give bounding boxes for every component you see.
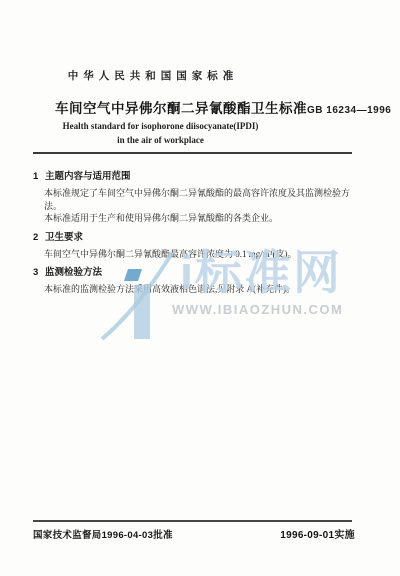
document-page: 中华人民共和国国家标准 车间空气中异佛尔酮二异氰酸酯卫生标准 GB 16234—… [0,0,400,576]
document-title-cn: 车间空气中异佛尔酮二异氰酸酯卫生标准 [55,97,307,117]
national-standard-label: 中华人民共和国国家标准 [33,68,273,83]
section-paragraph: 本标准规定了车间空气中异佛尔酮二异氰酸酯的最高容许浓度及其监测检验方法。 [33,187,352,212]
section-health-requirements: 2卫生要求 车间空气中异佛尔酮二异氰酸酯最高容许浓度为 0.1 mg/m³(皮)… [33,231,352,261]
section-heading-text: 卫生要求 [45,232,83,243]
implementation-note: 1996-09-01实施 [280,526,355,541]
header-divider [33,152,352,154]
document-body: 1主题内容与适用范围 本标准规定了车间空气中异佛尔酮二异氰酸酯的最高容许浓度及其… [33,170,352,302]
document-title-en-line1: Health standard for isophorone diisocyan… [33,119,288,133]
section-paragraph: 本标准适用于生产和使用异佛尔酮二异氰酸酯的各类企业。 [33,212,352,225]
footer-divider [33,520,352,522]
section-heading: 1主题内容与适用范围 [33,170,352,183]
section-heading: 2卫生要求 [33,231,352,244]
section-heading: 3监测检验方法 [33,266,352,279]
document-title-en: Health standard for isophorone diisocyan… [33,119,288,147]
section-number: 3 [33,266,45,279]
section-number: 2 [33,231,45,244]
approval-note: 国家技术监督局1996-04-03批准 [33,527,173,541]
section-monitoring-methods: 3监测检验方法 本标准的监测检验方法采用高效液相色谱法,见附录 A(补充件)。 [33,266,352,296]
section-heading-text: 监测检验方法 [45,267,102,278]
title-row: 车间空气中异佛尔酮二异氰酸酯卫生标准 GB 16234—1996 [33,97,352,117]
section-scope: 1主题内容与适用范围 本标准规定了车间空气中异佛尔酮二异氰酸酯的最高容许浓度及其… [33,170,352,225]
footer: 国家技术监督局1996-04-03批准 1996-09-01实施 [33,526,355,541]
section-number: 1 [33,170,45,183]
standard-number: GB 16234—1996 [307,105,391,116]
section-paragraph: 车间空气中异佛尔酮二异氰酸酯最高容许浓度为 0.1 mg/m³(皮)。 [33,248,352,261]
section-paragraph: 本标准的监测检验方法采用高效液相色谱法,见附录 A(补充件)。 [33,283,352,296]
watermark-url-text: WWW.IBIAOZHUN.COM [172,302,343,317]
document-title-en-line2: in the air of workplace [33,133,288,147]
section-heading-text: 主题内容与适用范围 [45,171,131,182]
